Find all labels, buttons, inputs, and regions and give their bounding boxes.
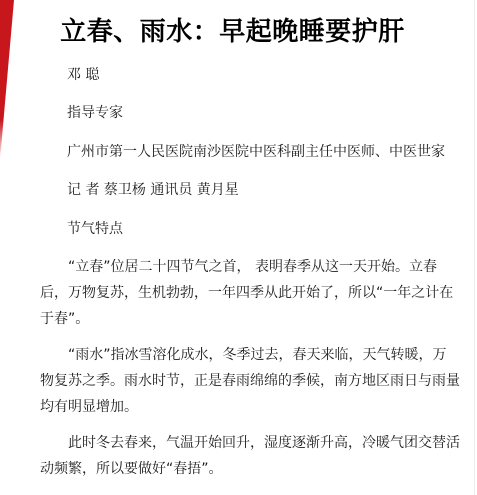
author-role: 指导专家 [67,103,123,123]
paragraph-yushui: “雨水”指冰雪溶化成水，冬季过去，春天来临，天气转暖，万物复苏之季。雨水时节，正… [40,342,460,420]
author-name: 邓 聪 [67,65,99,85]
reporter-credits: 记 者 蔡卫杨 通讯员 黄月星 [67,180,239,200]
right-border-line [474,0,475,495]
article-title: 立春、雨水：早起晚睡要护肝 [0,14,477,50]
paragraph-lichun: “立春”位居二十四节气之首， 表明春季从这一天开始。立春后，万物复苏，生机勃勃，… [40,254,460,332]
section-heading: 节气特点 [67,219,123,239]
author-affiliation: 广州市第一人民医院南沙医院中医科副主任中医师、中医世家 [67,142,445,162]
paragraph-chunwu: 此时冬去春来，气温开始回升，湿度逐渐升高，冷暖气团交替活动频繁，所以要做好“春捂… [40,430,460,482]
